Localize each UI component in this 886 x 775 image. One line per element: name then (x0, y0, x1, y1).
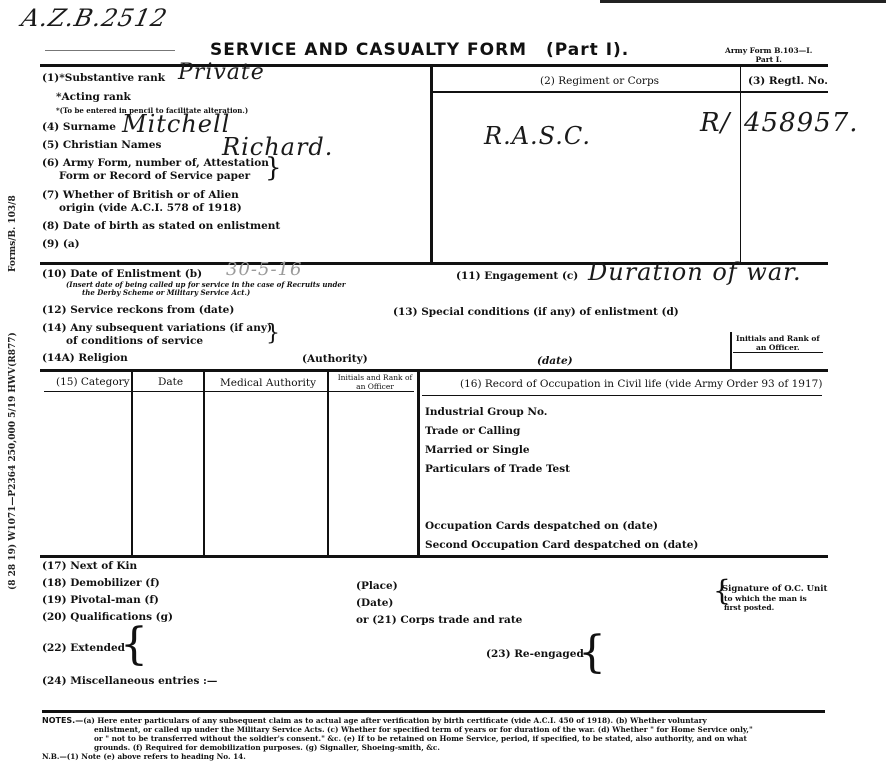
rule-notes-top (42, 710, 825, 713)
initials-officer-col-header: Initials and Rank of an Officer (333, 373, 417, 391)
army-form-brace: } (265, 154, 282, 182)
notes-line4: grounds. (f) Required for demobilization… (42, 743, 753, 752)
notes-heading: NOTES.— (42, 716, 83, 725)
engagement-value[interactable]: Duration of war. (588, 258, 802, 286)
regiment-header: (2) Regiment or Corps (540, 75, 659, 88)
substantive-rank-value[interactable]: Private (178, 60, 265, 85)
extended-label: (22) Extended (42, 642, 125, 655)
notes-line1-text: (a) Here enter particulars of any subseq… (83, 716, 706, 725)
category-col-header: (15) Category (56, 376, 130, 389)
cards-despatched-label: Occupation Cards despatched on (date) (425, 520, 658, 533)
rule-initials-underline (733, 352, 823, 353)
notes-line3: or " not to be transferred without the s… (42, 734, 753, 743)
regtl-no-header: (3) Regtl. No. (748, 75, 828, 88)
rule-table-top (40, 369, 828, 372)
place-label: (Place) (356, 580, 398, 593)
reference-underline (45, 50, 175, 51)
demobilizer-label: (18) Demobilizer (f) (42, 577, 160, 590)
subsequent-variations-line2: of conditions of service (42, 335, 272, 348)
signature-oc-line3: first posted. (722, 603, 827, 612)
army-form-number: Army Form B.103—I. Part I. (725, 46, 812, 64)
medical-authority-col-header: Medical Authority (220, 377, 316, 390)
pivotal-man-label: (19) Pivotal-man (f) (42, 594, 159, 607)
top-edge-mark (600, 0, 886, 3)
army-form-part: Part I. (725, 55, 812, 64)
subsequent-variations-label: (14) Any subsequent variations (if any) … (42, 322, 272, 348)
rule-table-bottom (40, 555, 828, 558)
married-single-label: Married or Single (425, 444, 530, 457)
rule-civil-divider (417, 372, 420, 556)
regiment-value[interactable]: R.A.S.C. (484, 122, 591, 150)
rule-divider-left-right (430, 64, 433, 264)
page-title-main: SERVICE AND CASUALTY FORM (210, 40, 527, 60)
notes-line2: enlistment, or called up under the Milit… (42, 725, 753, 734)
rule-col-1 (131, 372, 133, 555)
rule-initials-box-left (730, 332, 732, 370)
subsequent-variations-line1: (14) Any subsequent variations (if any) (42, 322, 272, 335)
surname-value[interactable]: Mitchell (122, 110, 230, 138)
substantive-rank-label: (1)*Substantive rank (42, 72, 165, 85)
date-of-birth-label: (8) Date of birth as stated on enlistmen… (42, 220, 280, 233)
trade-calling-label: Trade or Calling (425, 425, 520, 438)
date-bottom-label: (Date) (356, 597, 393, 610)
authority-label: (Authority) (302, 353, 368, 366)
civil-occupation-header: (16) Record of Occupation in Civil life … (460, 378, 822, 391)
side-print-info: (8 28 19) W1071—P2364 250,000 5/19 HWV(R… (8, 332, 18, 590)
notes-line1: NOTES.—(a) Here enter particulars of any… (42, 716, 753, 725)
enlistment-note-line2: the Derby Scheme or Military Service Act… (66, 289, 346, 297)
rule-col-3 (327, 372, 329, 555)
field-9a-label: (9) (a) (42, 238, 80, 251)
religion-label: (14A) Religion (42, 352, 128, 365)
trade-test-label: Particulars of Trade Test (425, 463, 570, 476)
date-col-header: Date (158, 376, 183, 389)
rule-table-header-underline (44, 391, 414, 392)
date-label: (date) (537, 355, 573, 368)
variations-brace: } (266, 322, 280, 346)
army-form-number-label: (6) Army Form, number of, Attestation Fo… (42, 157, 269, 183)
rule-regtl-divider (740, 66, 741, 262)
initials-officer-label: Initials and Rank of an Officer. (736, 334, 820, 352)
regtl-no-value[interactable]: 458957. (744, 108, 859, 138)
miscellaneous-entries-label: (24) Miscellaneous entries :— (42, 675, 217, 688)
regtl-no-prefix[interactable]: R/ (700, 108, 730, 138)
rule-civil-header-underline (422, 395, 822, 396)
army-form-number-label-line1: (6) Army Form, number of, Attestation (42, 157, 269, 170)
british-alien-origin-line2: origin (vide A.C.I. 578 of 1918) (42, 202, 242, 215)
christian-names-label: (5) Christian Names (42, 139, 161, 152)
initials-officer-line2: an Officer. (736, 343, 820, 352)
page-title-part: (Part I). (546, 40, 629, 60)
signature-oc-line2: to which the man is (722, 594, 827, 603)
british-alien-origin-label: (7) Whether of British or of Alien origi… (42, 189, 242, 215)
reference-number-handwritten: A.Z.B.2512 (19, 4, 170, 32)
extended-brace: { (120, 620, 148, 670)
rule-top (40, 64, 828, 67)
army-form-number-label-line2: Form or Record of Service paper (42, 170, 269, 183)
signature-oc-label: Signature of O.C. Unit to which the man … (722, 584, 827, 612)
british-alien-origin-line1: (7) Whether of British or of Alien (42, 189, 242, 202)
corps-trade-label: or (21) Corps trade and rate (356, 614, 522, 627)
side-forms-reference: Forms/B. 103/8 (8, 195, 18, 272)
initials-officer-line1: Initials and Rank of (736, 334, 820, 343)
page-title: SERVICE AND CASUALTY FORM (Part I). (210, 40, 629, 60)
next-of-kin-label: (17) Next of Kin (42, 560, 137, 573)
service-reckons-label: (12) Service reckons from (date) (42, 304, 234, 317)
notes-block: NOTES.—(a) Here enter particulars of any… (42, 716, 753, 761)
re-engaged-label: (23) Re-engaged (486, 648, 584, 661)
signature-oc-line1: Signature of O.C. Unit (722, 584, 827, 594)
industrial-group-label: Industrial Group No. (425, 406, 547, 419)
second-card-despatched-label: Second Occupation Card despatched on (da… (425, 539, 698, 552)
re-engaged-brace: { (578, 628, 606, 678)
enlistment-note: (Insert date of being called up for serv… (66, 281, 346, 297)
date-of-enlistment-value[interactable]: 30-5-16 (226, 259, 302, 280)
surname-label: (4) Surname (42, 121, 116, 134)
acting-rank-label: *Acting rank (56, 91, 131, 104)
engagement-label: (11) Engagement (c) (456, 270, 578, 283)
rule-regiment-header (433, 91, 828, 93)
notes-nb: N.B.—(1) Note (e) above refers to headin… (42, 752, 753, 761)
rule-col-2 (203, 372, 205, 555)
special-conditions-label: (13) Special conditions (if any) of enli… (393, 306, 679, 319)
qualifications-label: (20) Qualifications (g) (42, 611, 173, 624)
army-form-label: Army Form B.103—I. (725, 46, 812, 55)
